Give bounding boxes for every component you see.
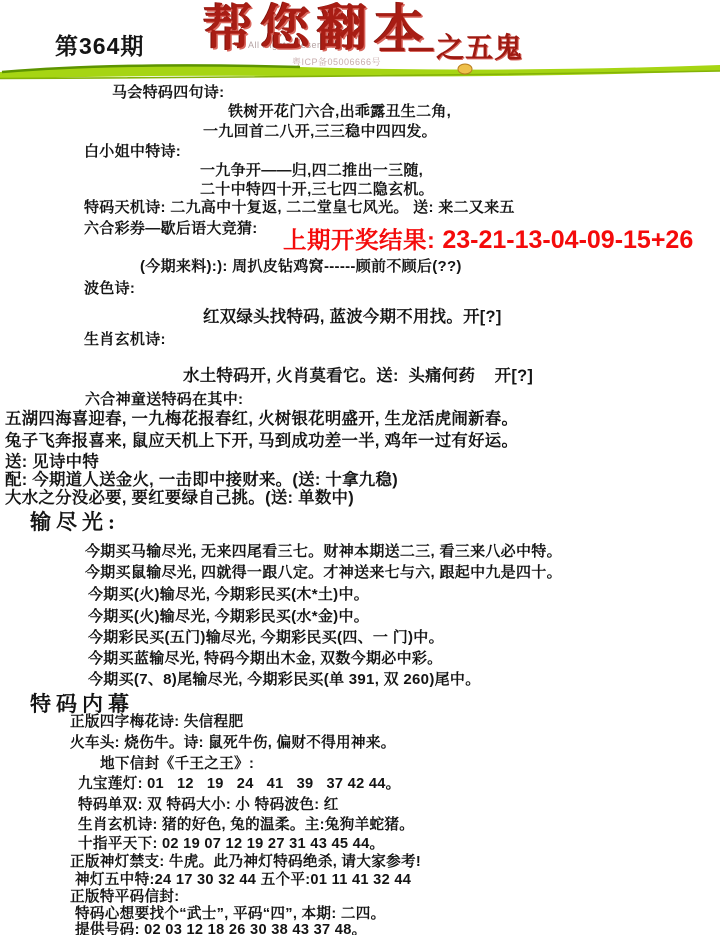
neimu-line: 火车头: 烧伤牛。诗: 鼠死牛伤, 偏财不得用神来。	[70, 735, 396, 753]
result-numbers: 23-21-13-04-09-15+26	[442, 226, 693, 254]
neimu-line: 正版特平码信封:	[70, 889, 179, 907]
shujinguang-line: 今期买(火)输尽光, 今期彩民买(水*金)中。	[88, 608, 369, 626]
poem-line: 一九回首二八开,三三稳中四四发。	[203, 123, 437, 141]
shujinguang-line: 今期买(火)输尽光, 今期彩民买(木*土)中。	[88, 586, 369, 604]
neimu-line: 提供号码: 02 03 12 18 26 30 38 43 37 48。	[75, 922, 367, 935]
poem-line: 一九争开——归,四二推出一三随,	[200, 162, 423, 180]
green-wave-banner	[0, 57, 720, 83]
section-title-shujinguang: 输尽光:	[30, 510, 120, 535]
shujinguang-line: 今期彩民买(五门)输尽光, 今期彩民买(四、一 门)中。	[88, 629, 444, 647]
shentong-line: 配: 今期道人送金火, 一击即中接财来。(送: 十拿九稳)	[5, 471, 398, 491]
poem-line: 铁树开花门六合,出乖露丑生二角,	[228, 103, 451, 121]
neimu-line: 地下信封《千王之王》:	[100, 756, 254, 774]
neimu-line: 生肖玄机诗: 猪的好色, 兔的温柔。主:兔狗羊蛇猪。	[78, 817, 414, 835]
shujinguang-line: 今期买鼠输尽光, 四就得一跟八定。才神送来七与六, 跟起中九是四十。	[85, 564, 562, 582]
neimu-line: 神灯五中特:24 17 30 32 44 五个平:01 11 41 32 44	[75, 872, 411, 890]
shujinguang-line: 今期买蓝输尽光, 特码今期出木金, 双数今期必中彩。	[88, 650, 442, 668]
neimu-line: 特码单双: 双 特码大小: 小 特码波色: 红	[78, 797, 339, 815]
shujinguang-line: 今期买(7、8)尾输尽光, 今期彩民买(单 391, 双 260)尾中。	[88, 671, 481, 689]
neimu-line: 九宝莲灯: 01 12 19 24 41 39 37 42 44。	[78, 776, 401, 794]
section-label-xiehouyu: 六合彩券—歇后语大竞猜:	[84, 220, 258, 238]
shentong-line: 大水之分没必要, 要红要绿自己挑。(送: 单数中)	[5, 489, 354, 509]
poem-line: 二十中特四十开,三七四二隐玄机。	[200, 181, 434, 199]
laicai-line: (今期来料):): 周扒皮钻鸡窝------顾前不顾后(??)	[140, 258, 462, 276]
section-label-mahui: 马会特码四句诗:	[112, 84, 224, 102]
neimu-line: 特码心想要找个“武士”, 平码“四”, 本期: 二四。	[75, 906, 386, 924]
shujinguang-line: 今期买马输尽光, 无来四尾看三七。财神本期送二三, 看三来八必中特。	[85, 543, 562, 561]
shentong-line: 兔子飞奔报喜来, 鼠应天机上下开, 马到成功差一半, 鸡年一过有好运。	[5, 432, 518, 452]
last-draw-result: 上期开奖结果: 23-21-13-04-09-15+26	[283, 221, 693, 255]
orange-dot-icon	[458, 64, 472, 74]
tianji-poem-line: 特码天机诗: 二九高中十复返, 二二堂皇七风光。 送: 来二又来五	[84, 199, 515, 217]
bose-poem-line: 红双绿头找特码, 蓝波今期不用找。开[?]	[203, 308, 502, 328]
section-label-baixiaojie: 白小姐中特诗:	[84, 143, 181, 161]
section-label-shengxiao: 生肖玄机诗:	[84, 331, 166, 349]
result-label: 上期开奖结果:	[283, 227, 442, 253]
section-label-shentong: 六合神童送特码在其中:	[85, 391, 243, 409]
neimu-line: 正版四字梅花诗: 失信程肥	[70, 714, 243, 732]
shentong-line: 送: 见诗中特	[5, 453, 99, 473]
neimu-line: 正版神灯禁支: 牛虎。此乃神灯特码绝杀, 请大家参考!	[70, 854, 421, 872]
shentong-line: 五湖四海喜迎春, 一九梅花报春红, 火树银花明盛开, 生龙活虎闹新春。	[5, 410, 518, 430]
shengxiao-poem-line: 水土特码开, 火肖莫看它。送: 头痛何药 开[?]	[183, 367, 533, 387]
section-label-bose: 波色诗:	[84, 280, 135, 298]
neimu-line: 十指平天下: 02 19 07 12 19 27 31 43 45 44。	[78, 836, 384, 854]
